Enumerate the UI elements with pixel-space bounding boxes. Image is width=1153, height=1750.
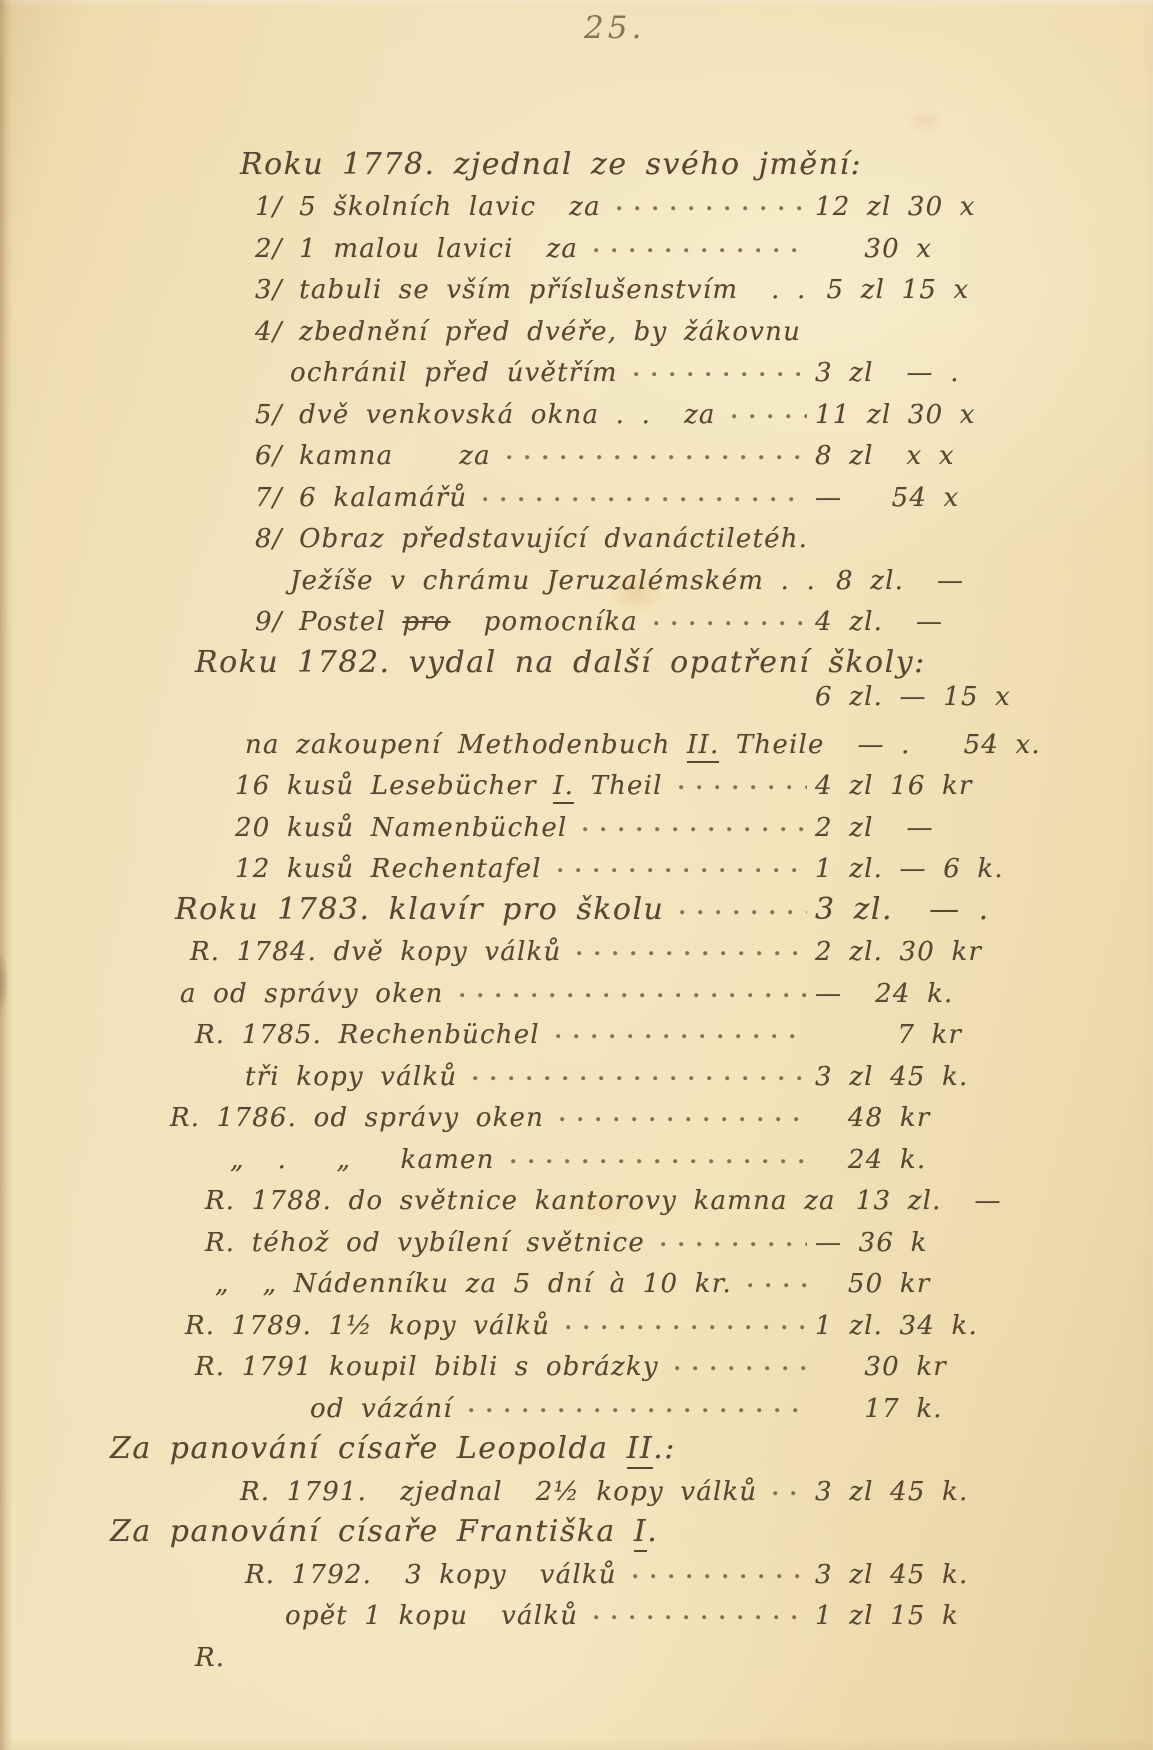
dot-leader [769,1465,807,1507]
line-value: 50 kr [815,1270,1020,1299]
line-value: — 54 x [815,484,1020,513]
dot-leader [552,1009,807,1051]
manuscript-line: R. 1788. do světnice kantorovy kamna za … [0,1175,1020,1217]
dot-leader [670,1507,807,1549]
manuscript-line: 4/ zbednění před dvéře, by žákovnu [0,305,1020,347]
dot-leader [579,801,807,843]
line-text: „ . „ kamen [230,1146,495,1175]
dot-leader [688,1424,807,1466]
line-value: 54 x. [931,731,1136,760]
line-text: Za panování císaře Františka I. [110,1515,658,1548]
line-text: R. 1784. dvě kopy válků [190,938,561,967]
manuscript-line: R. 1789. 1½ kopy válků 1 zl. 34 k. [0,1299,1020,1341]
manuscript-line: Za panování císaře Františka I. [0,1507,1020,1549]
manuscript-line: 9/ Postel pro pomocníka 4 zl. — [0,596,1020,638]
manuscript-line: R. 1791 koupil bibli s obrázky 30 kr [0,1341,1020,1383]
dot-leader [465,1382,807,1424]
line-text: Ježíše v chrámu Jeruzalémském . . [290,567,816,596]
line-text: 8/ Obraz představující dvanáctiletéh. [255,525,808,554]
line-value: 2 zl. 30 kr [815,938,1020,967]
manuscript-line: Ježíše v chrámu Jeruzalémském . . 8 zl. … [0,554,1020,596]
line-text: 7/ 6 kalamářů [255,484,467,513]
manuscript-line: ochránil před úvětřím 3 zl — . [0,347,1020,389]
line-value: 4 zl 16 kr [815,772,1020,801]
manuscript-line: 20 kusů Namenbüchel 2 zl — [0,801,1020,843]
line-text: a od správy oken [180,980,444,1009]
line-value: 8 zl x x [815,442,1020,471]
line-text: R. 1788. do světnice kantorovy kamna za [205,1187,836,1216]
line-text: 2/ 1 malou lavici za [255,235,578,264]
line-text: Roku 1778. zjednal ze svého jmění: [240,148,862,181]
line-value: 1 zl 15 k [815,1602,1020,1631]
manuscript-line: Roku 1778. zjednal ze svého jmění: [0,139,1020,181]
line-value: 48 kr [815,1104,1020,1133]
dot-leader [590,222,807,264]
line-value: 3 zl 45 k. [815,1063,1020,1092]
line-value: 13 zl. — [856,1187,1061,1216]
line-text: 9/ Postel pro pomocníka [255,608,638,637]
dot-leader [469,1050,807,1092]
dot-leader [562,1299,807,1341]
dot-leader [12,671,807,713]
manuscript-page: 25. Roku 1778. zjednal ze svého jmění: 1… [0,0,1153,1750]
manuscript-line: „ . „ kamen 24 k. [0,1133,1020,1175]
line-text: 6/ kamna za [255,442,491,471]
line-value: 6 zl. — 15 x [815,683,1020,712]
dot-leader [630,347,807,389]
manuscript-line: 2/ 1 malou lavici za 30 x [0,222,1020,264]
manuscript-line: R. 1785. Rechenbüchel 7 kr [0,1009,1020,1051]
manuscript-line: R. [0,1631,1020,1673]
dot-leader [629,1548,807,1590]
line-text: tři kopy válků [245,1063,457,1092]
line-text: opět 1 kopu válků [285,1602,578,1631]
line-text: Roku 1783. klavír pro školu [175,893,664,926]
dot-leader [613,181,807,223]
line-text: R. 1786. od správy oken [170,1104,544,1133]
line-text: ochránil před úvětřím [290,359,618,388]
line-text: 5/ dvě venkovská okna . . za [255,401,716,430]
line-text: „ „ Nádenníku za 5 dní à 10 kr. [215,1270,732,1299]
manuscript-line: tři kopy válků 3 zl 45 k. [0,1050,1020,1092]
dot-leader [479,471,807,513]
line-text: 16 kusů Lesebücher I. Theil [235,772,663,801]
line-value: 1 zl. — 6 k. [815,855,1020,884]
manuscript-lines: Roku 1778. zjednal ze svého jmění: 1/ 5 … [0,0,1153,1673]
manuscript-line: 3/ tabuli se vším příslušenstvím . . 5 z… [0,264,1020,306]
dot-leader [507,1133,807,1175]
line-value: 5 zl 15 x [827,276,1032,305]
line-value: 1 zl. 34 k. [815,1312,1020,1341]
line-value: 3 zl. — . [815,893,1020,926]
line-value: — 24 k. [815,980,1020,1009]
line-text: R. [195,1644,225,1673]
manuscript-line: Za panování císaře Leopolda II.: [0,1424,1020,1466]
manuscript-line: opět 1 kopu válků 1 zl 15 k [0,1590,1020,1632]
line-value: 4 zl. — [815,608,1020,637]
line-value: 8 zl. — [836,567,1041,596]
line-text: 3/ tabuli se vším příslušenstvím . . [255,276,807,305]
dot-leader [675,760,807,802]
manuscript-line: 16 kusů Lesebücher I. Theil 4 zl 16 kr [0,760,1020,802]
line-text: na zakoupení Methodenbuch II. Theile — . [245,731,911,760]
line-text: 12 kusů Rechentafel [235,855,542,884]
line-text: 4/ zbednění před dvéře, by žákovnu [255,318,801,347]
manuscript-line: R. 1791. zjednal 2½ kopy válků 3 zl 45 k… [0,1465,1020,1507]
line-value: 30 x [815,235,1020,264]
dot-leader [573,926,807,968]
line-text: R. 1785. Rechenbüchel [195,1021,540,1050]
line-value: 17 k. [815,1395,1020,1424]
manuscript-line: 12 kusů Rechentafel 1 zl. — 6 k. [0,843,1020,885]
line-value: 3 zl 45 k. [815,1478,1020,1507]
line-text: R. 1789. 1½ kopy válků [185,1312,550,1341]
line-text: R. 1791 koupil bibli s obrázky [195,1353,659,1382]
dot-leader [503,430,807,472]
dot-leader [671,1341,807,1383]
manuscript-line: 7/ 6 kalamářů — 54 x [0,471,1020,513]
dot-leader [650,596,807,638]
manuscript-line: 6/ kamna za 8 zl x x [0,430,1020,472]
line-text: 1/ 5 školních lavic za [255,193,601,222]
dot-leader [556,1092,807,1134]
dot-leader [590,1590,807,1632]
line-value: 3 zl — . [815,359,1020,388]
manuscript-line: a od správy oken — 24 k. [0,967,1020,1009]
dot-leader [676,884,807,926]
line-value: 24 k. [815,1146,1020,1175]
line-value: 3 zl 45 k. [815,1561,1020,1590]
dot-leader [744,1258,807,1300]
line-text: Za panování císaře Leopolda II.: [110,1432,676,1465]
line-text: R. 1792. 3 kopy válků [245,1561,617,1590]
manuscript-line: „ „ Nádenníku za 5 dní à 10 kr. 50 kr [0,1258,1020,1300]
manuscript-line: R. téhož od vybílení světnice — 36 k [0,1216,1020,1258]
dot-leader [237,1631,807,1673]
manuscript-line: R. 1786. od správy oken 48 kr [0,1092,1020,1134]
line-text: 20 kusů Namenbüchel [235,814,567,843]
manuscript-line: na zakoupení Methodenbuch II. Theile — .… [0,718,1020,760]
line-value: 11 zl 30 x [815,401,1020,430]
line-text: od vázání [310,1395,453,1424]
line-value: 30 kr [815,1353,1020,1382]
line-value: 12 zl 30 x [815,193,1020,222]
manuscript-line: R. 1792. 3 kopy válků 3 zl 45 k. [0,1548,1020,1590]
manuscript-line: od vázání 17 k. [0,1382,1020,1424]
line-value: 2 zl — [815,814,1020,843]
line-value: 7 kr [815,1021,1020,1050]
manuscript-line: 5/ dvě venkovská okna . . za 11 zl 30 x [0,388,1020,430]
line-text: R. téhož od vybílení světnice [205,1229,645,1258]
dot-leader [657,1216,807,1258]
dot-leader [728,388,807,430]
manuscript-line: R. 1784. dvě kopy válků 2 zl. 30 kr [0,926,1020,968]
manuscript-line: Roku 1783. klavír pro školu 3 zl. — . [0,884,1020,926]
manuscript-line: 1/ 5 školních lavic za 12 zl 30 x [0,181,1020,223]
manuscript-line: 8/ Obraz představující dvanáctiletéh. [0,513,1020,555]
dot-leader [554,843,807,885]
line-value: — 36 k [815,1229,1020,1258]
line-text: R. 1791. zjednal 2½ kopy válků [240,1478,757,1507]
dot-leader [456,967,807,1009]
